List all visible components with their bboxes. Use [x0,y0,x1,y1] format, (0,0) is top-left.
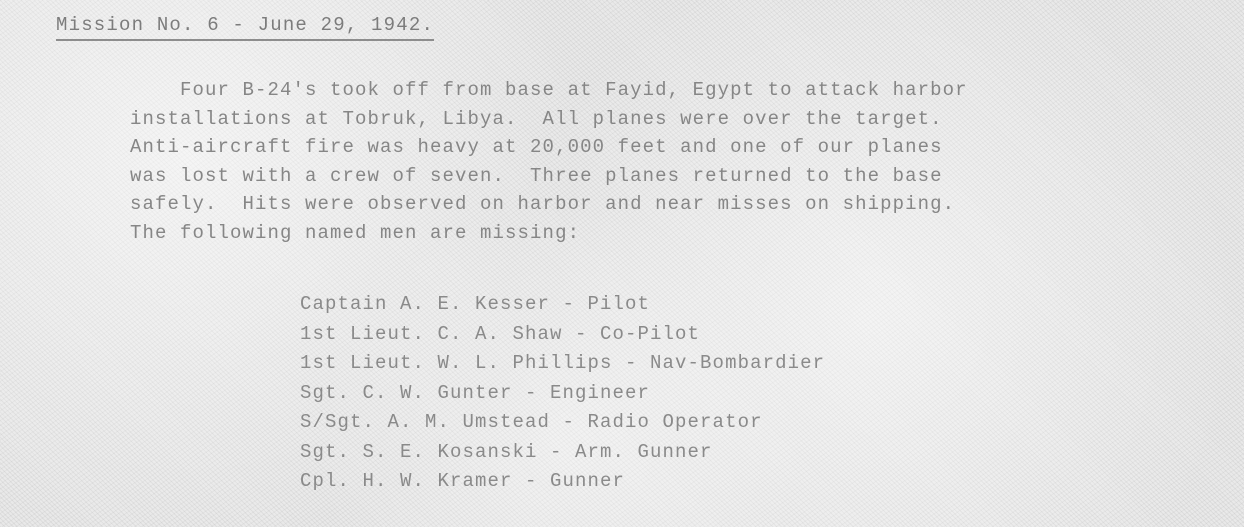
crew-member: Sgt. S. E. Kosanski - Arm. Gunner [300,438,825,468]
crew-member: 1st Lieut. C. A. Shaw - Co-Pilot [300,320,825,350]
mission-heading: Mission No. 6 - June 29, 1942. [56,14,434,41]
crew-member: Captain A. E. Kesser - Pilot [300,290,825,320]
paragraph-line: safely. Hits were observed on harbor and… [130,193,955,215]
paragraph-line: was lost with a crew of seven. Three pla… [130,165,943,187]
paragraph-line: Four B-24's took off from base at Fayid,… [130,79,968,101]
paragraph-line: installations at Tobruk, Libya. All plan… [130,108,943,130]
typewritten-document-page: Mission No. 6 - June 29, 1942. Four B-24… [0,0,1244,527]
crew-member: S/Sgt. A. M. Umstead - Radio Operator [300,408,825,438]
missing-crew-list: Captain A. E. Kesser - Pilot 1st Lieut. … [300,290,825,497]
crew-member: 1st Lieut. W. L. Phillips - Nav-Bombardi… [300,349,825,379]
crew-member: Sgt. C. W. Gunter - Engineer [300,379,825,409]
mission-report-paragraph: Four B-24's took off from base at Fayid,… [130,76,1230,247]
paragraph-line: Anti-aircraft fire was heavy at 20,000 f… [130,136,943,158]
paragraph-line: The following named men are missing: [130,222,580,244]
crew-member: Cpl. H. W. Kramer - Gunner [300,467,825,497]
